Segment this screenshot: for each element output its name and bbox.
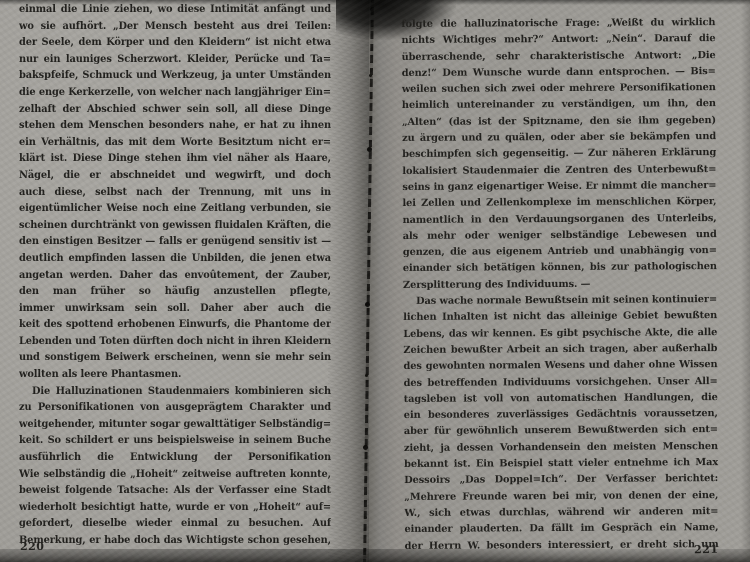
text-line: lokalisiert Staudenmaier die Zentren des…: [402, 162, 716, 180]
text-line: namentlich in den Verdauungsorganen des …: [403, 211, 717, 229]
text-line: ausführlich die Entwicklung der Personif…: [19, 450, 331, 467]
text-line: Bemerkung, er habe doch das Wichtigste s…: [19, 533, 331, 550]
text-line: des gewohnten normalen Wesens und daher …: [403, 357, 717, 375]
text-line: immer unwirksam sein soll. Daher aber au…: [19, 301, 331, 318]
right-page-text: folgte die halluzinatorische Frage: „Wei…: [401, 15, 718, 555]
text-line: ein besonderes zuverlässiges Gedächtnis …: [404, 406, 718, 424]
text-line: folgte die halluzinatorische Frage: „Wei…: [401, 15, 715, 33]
text-line: Dessoirs „Das Doppel=Ich“. Der Verfasser…: [404, 471, 718, 489]
text-line: der Seele, dem Körper und den Kleidern“ …: [19, 35, 331, 52]
text-line: beschimpfen sich gegenseitig. — Zur nähe…: [402, 145, 716, 163]
top-edge-shadow: [0, 0, 750, 5]
text-line: tagsleben ist voll von automatischen Han…: [404, 390, 718, 408]
left-page-text: einmal die Linie ziehen, wo diese Intimi…: [19, 2, 331, 550]
text-line: Lebens, das wir kennen. Es gibt psychisc…: [403, 325, 717, 343]
text-line: Wie selbständig die „Hoheit“ zeitweise a…: [19, 467, 331, 484]
text-line: wo sie aufhört. „Der Mensch besteht aus …: [19, 19, 331, 36]
text-line: keit. So schildert er uns beispielsweise…: [19, 433, 331, 450]
text-line: Zeichen bewußter Arbeit an sich tragen, …: [403, 341, 717, 359]
text-line: zu ärgern und zu quälen, oder aber sie b…: [402, 129, 716, 147]
text-line: keit des spottend erhobenen Einwurfs, di…: [19, 317, 331, 334]
text-line: stehen dem Menschen besonders nahe, er h…: [19, 118, 331, 135]
text-line: W., sich etwas durchlas, während wir and…: [404, 504, 718, 522]
text-line: seins in ganz eigenartiger Weise. Er nim…: [402, 178, 716, 196]
text-line: überraschende, sehr charakteristische An…: [402, 48, 716, 66]
text-line: gefordert, dieselbe wieder einmal zu bes…: [19, 516, 331, 533]
text-line: heimlich untereinander zu verständigen, …: [402, 97, 716, 115]
text-line: auch diese, selbst nach der Trennung, mi…: [19, 185, 331, 202]
text-line: lichen Inhalten ist nicht das alleinige …: [403, 308, 717, 326]
text-line: Nägel, die er abschneidet und wegwirft, …: [19, 168, 331, 185]
text-line: zieht, ja dessen Vorhandensein den meist…: [404, 439, 718, 457]
text-line: den man früher so häufig anzustellen pfl…: [19, 284, 331, 301]
bottom-edge-shadow: [0, 549, 750, 562]
text-line: angetan werden. Daher das envoûtement, d…: [19, 268, 331, 285]
text-line: scheinen durchtränkt von gewissen fluida…: [19, 218, 331, 235]
text-line: bekannt ist. Ein Beispiel statt vieler e…: [404, 455, 718, 473]
text-line: zu Personifikationen von ausgeprägtem Ch…: [19, 400, 331, 417]
text-line: als mehr oder weniger selbständige Lebew…: [403, 227, 717, 245]
gutter-shadow: [328, 0, 369, 562]
book-scan: einmal die Linie ziehen, wo diese Intimi…: [0, 0, 750, 562]
text-line: lei Zellen und Zellenkomplexe im menschl…: [402, 194, 716, 212]
text-line: beweist folgende Tatsache: Als der Verfa…: [19, 483, 331, 500]
text-line: und sonstigem Beiwerk erscheinen, wenn s…: [19, 350, 331, 367]
text-line: bakspfeife, Schmuck und Werkzeug, ja unt…: [19, 68, 331, 85]
text-line: denz!“ Dem Wunsche wurde dann entsproche…: [402, 64, 716, 82]
text-line: die enge Kerkerzelle, von welcher nach l…: [19, 85, 331, 102]
text-line: einander plauderten. Da fällt im Gespräc…: [404, 520, 718, 538]
text-line: des betreffenden Individuums vorsichgehe…: [404, 374, 718, 392]
text-line: zelhaft der Abschied schwer sein soll, a…: [19, 102, 331, 119]
right-edge-shadow: [741, 0, 750, 562]
text-line: aber für gewöhnlich unserem Bewußtwerden…: [404, 422, 718, 440]
text-line: genzen, die aus eigenem Antrieb und unab…: [403, 243, 717, 261]
text-line: Das wache normale Bewußtsein mit seinen …: [403, 292, 717, 310]
text-line: klärt ist. Diese Dinge stehen ihm viel n…: [19, 151, 331, 168]
text-line: den einstigen Besitzer — falls er genüge…: [19, 234, 331, 251]
text-line: eigentümlicher Weise noch eine Zeitlang …: [19, 201, 331, 218]
text-line: weilen suchen sich zwei oder mehrere Per…: [402, 80, 716, 98]
text-line: nur ein launiges Scherzwort. Kleider, Pe…: [19, 52, 331, 69]
text-line: Lebenden und Toten dürften doch nicht in…: [19, 334, 331, 351]
text-line: ein Verhältnis, das mit dem Worte Besitz…: [19, 135, 331, 152]
text-line: Zersplitterung des Individuums. —: [403, 276, 717, 294]
text-line: wiederholt besichtigt hatte, wurde er vo…: [19, 500, 331, 517]
text-line: nichts Wichtiges mehr?“ Antwort: „Nein“.…: [401, 31, 715, 49]
text-line: wollten als leere Phantasmen.: [19, 367, 331, 384]
text-line: Die Halluzinationen Staudenmaiers kombin…: [19, 384, 331, 401]
text-line: einander sich betätigen können, bis zur …: [403, 259, 717, 277]
text-line: weitgehender, mitunter sogar gewalttätig…: [19, 417, 331, 434]
text-line: „Mehrere Freunde waren bei mir, von dene…: [404, 488, 718, 506]
text-line: „Alten“ (das ist der Spitzname, den sie …: [402, 113, 716, 131]
text-line: deutlich empfinden lassen die Unbilden, …: [19, 251, 331, 268]
